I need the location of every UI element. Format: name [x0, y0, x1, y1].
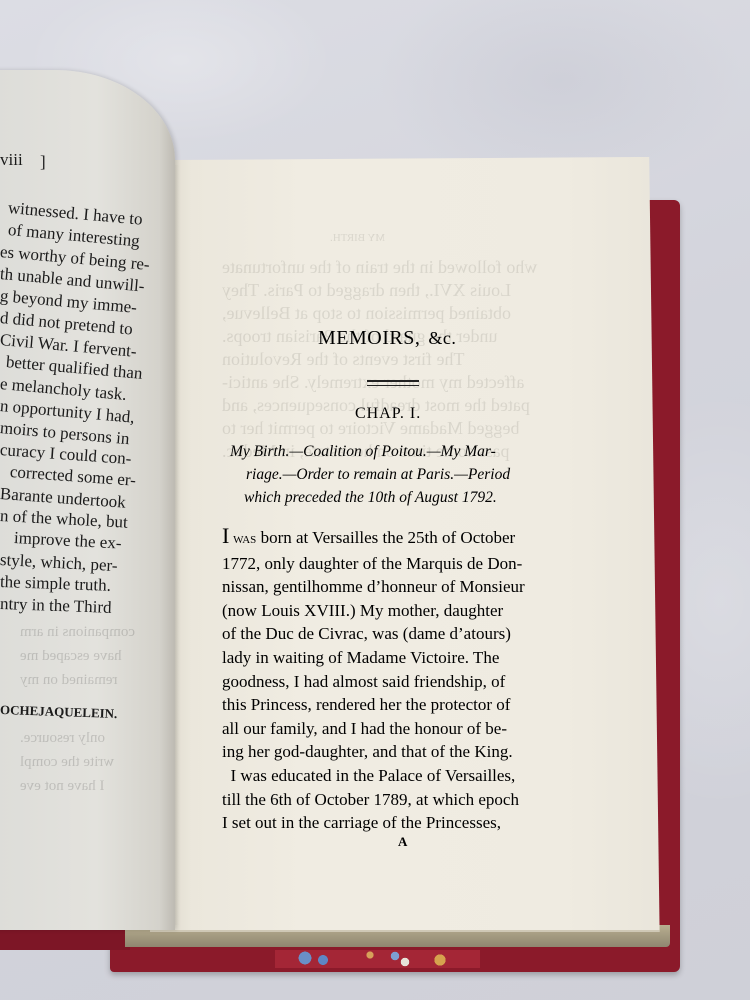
- show-through-line: Louis XVI., then dragged to Paris. They: [222, 280, 511, 301]
- book-title: MEMOIRS,&c.: [318, 327, 456, 350]
- first-line-rest: born at Versailles the 25th of October: [256, 528, 515, 547]
- left-line: the simple truth.: [0, 572, 111, 596]
- page-number: viii: [0, 150, 23, 170]
- show-through-line: have escaped me: [20, 648, 122, 665]
- body-line: all our family, and I had the honour of …: [222, 717, 622, 741]
- chapter-summary: My Birth.—Coalition of Poitou.—My Mar- r…: [226, 440, 616, 509]
- show-through-line: remained on my: [20, 672, 117, 689]
- show-through-line: I have not eve: [20, 778, 105, 795]
- chapter-heading: CHAP. I.: [355, 405, 421, 423]
- signature-mark: A: [398, 834, 407, 850]
- body-line: 1772, only daughter of the Marquis de Do…: [222, 552, 622, 576]
- body-first-line: I was born at Versailles the 25th of Oct…: [222, 524, 622, 552]
- body-line: lady in waiting of Madame Victoire. The: [222, 646, 622, 670]
- title-double-rule: [367, 380, 419, 386]
- marbled-endpaper: [275, 950, 480, 968]
- body-line: goodness, I had almost said friendship, …: [222, 670, 622, 694]
- page-bracket: ]: [40, 152, 46, 172]
- chapter-body-text: I was born at Versailles the 25th of Oct…: [222, 524, 622, 835]
- body-line: (now Louis XVIII.) My mother, daughter: [222, 599, 622, 623]
- show-through-line: The first events of the Revolution: [222, 349, 464, 370]
- body-line: ing her god-daughter, and that of the Ki…: [222, 740, 622, 764]
- summary-line: riage.—Order to remain at Paris.—Period: [226, 463, 616, 486]
- summary-line: which preceded the 10th of August 1792.: [226, 486, 616, 509]
- body-line: I was educated in the Palace of Versaill…: [222, 764, 622, 788]
- left-line: ntry in the Third: [0, 594, 112, 618]
- body-line: this Princess, rendered her the protecto…: [222, 693, 622, 717]
- show-through-line: obtained permission to stop at Bellevue,: [222, 303, 511, 324]
- show-through-line: companions in arm: [20, 624, 135, 641]
- show-through-line: who followed in the train of the unfortu…: [222, 257, 537, 278]
- small-caps-word: was: [229, 531, 256, 547]
- body-line: of the Duc de Civrac, was (dame d’atours…: [222, 622, 622, 646]
- body-line: nissan, gentilhomme d’honneur of Monsieu…: [222, 575, 622, 599]
- title-text: MEMOIRS,: [318, 327, 420, 349]
- title-suffix: &c.: [428, 328, 456, 348]
- show-through-header: MY BIRTH.: [330, 232, 385, 244]
- show-through-line: only resource.: [20, 730, 105, 747]
- summary-line: My Birth.—Coalition of Poitou.—My Mar-: [226, 440, 616, 463]
- body-line: till the 6th of October 1789, at which e…: [222, 788, 622, 812]
- body-line: I set out in the carriage of the Princes…: [222, 811, 622, 835]
- show-through-line: write the compl: [20, 754, 114, 771]
